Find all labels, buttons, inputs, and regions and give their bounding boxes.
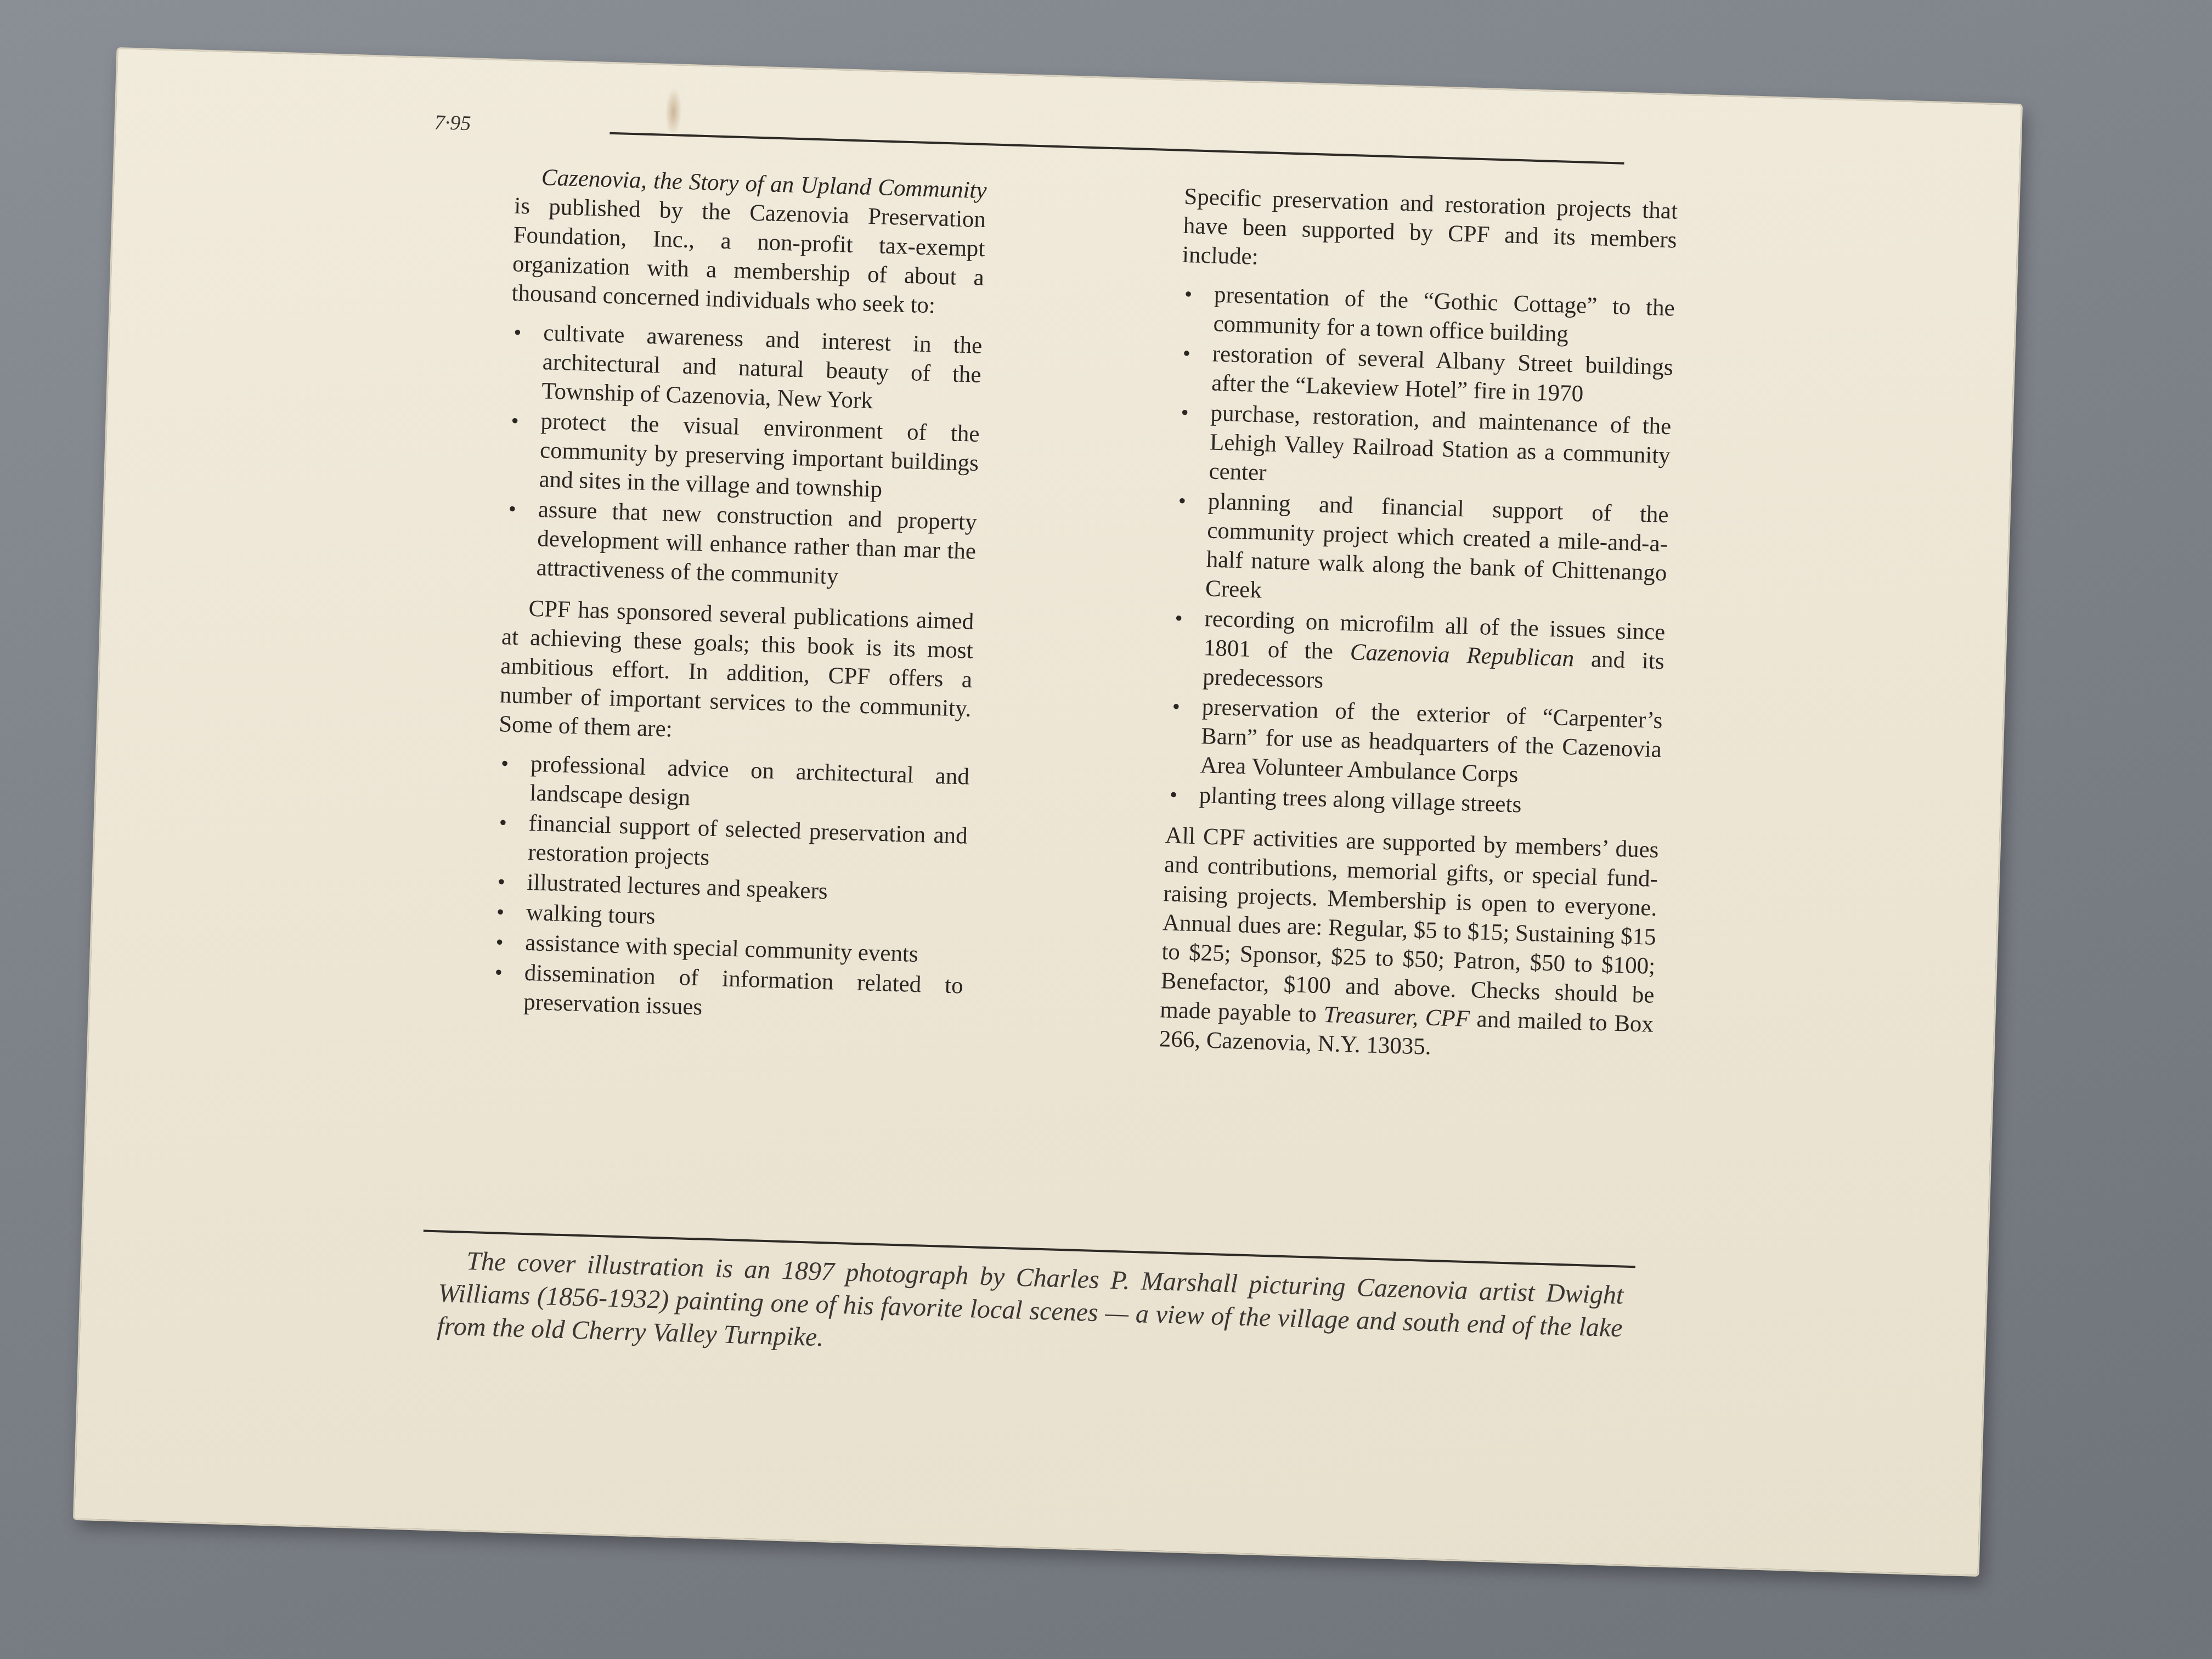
goal-item: •assure that new construction and proper… (503, 494, 977, 595)
goal-item: •protect the visual environment of the c… (506, 405, 980, 506)
bullet-icon: • (496, 897, 505, 926)
bullet-icon: • (1169, 780, 1178, 809)
publisher-intro: Cazenovia, the Story of an Upland Commun… (511, 162, 987, 321)
project-item: •preservation of the exterior of “Carpen… (1167, 691, 1663, 793)
bullet-icon: • (1175, 603, 1183, 633)
project-item: •recording on microfilm all of the issue… (1170, 603, 1666, 706)
bullet-icon: • (500, 748, 509, 777)
services-intro: CPF has sponsored several publications a… (499, 593, 974, 752)
newspaper-title: Cazenovia Republican (1350, 639, 1575, 672)
projects-list: •presentation of the “Gothic Cottage” to… (1166, 279, 1675, 823)
price-label: 7·95 (434, 110, 471, 136)
membership-paragraph: All CPF activities are supported by memb… (1159, 821, 1659, 1068)
service-item: •dissemination of information related to… (490, 957, 964, 1029)
project-item: •planning and financial support of the c… (1172, 486, 1669, 617)
bullet-icon: • (511, 406, 520, 435)
bullet-icon: • (494, 957, 503, 986)
projects-intro: Specific preservation and restoration pr… (1182, 182, 1678, 284)
bullet-icon: • (1178, 486, 1187, 515)
bullet-icon: • (1172, 692, 1181, 721)
top-rule-divider (610, 132, 1624, 165)
bullet-icon: • (1184, 279, 1193, 308)
left-column: Cazenovia, the Story of an Upland Commun… (490, 162, 987, 1042)
bullet-icon: • (499, 808, 507, 837)
publisher-intro-text: is published by the Cazenovia Preservati… (511, 193, 986, 319)
book-back-cover: 7·95 Cazenovia, the Story of an Upland C… (75, 49, 2021, 1575)
cover-illustration-caption: The cover illustration is an 1897 photog… (437, 1244, 1624, 1378)
goals-list: •cultivate awareness and interest in the… (503, 318, 983, 595)
goal-item: •cultivate awareness and interest in the… (509, 318, 983, 419)
bullet-icon: • (497, 867, 506, 896)
project-item: •purchase, restoration, and maintenance … (1176, 398, 1672, 500)
services-list: •professional advice on architectural an… (490, 748, 970, 1029)
bullet-icon: • (495, 927, 504, 956)
paper-stain (664, 87, 682, 137)
right-column: Specific preservation and restoration pr… (1158, 182, 1678, 1078)
bullet-icon: • (513, 318, 522, 347)
bullet-icon: • (508, 494, 517, 523)
bullet-icon: • (1182, 338, 1191, 368)
payee-name: Treasurer, CPF (1323, 1002, 1470, 1032)
bullet-icon: • (1181, 398, 1189, 427)
